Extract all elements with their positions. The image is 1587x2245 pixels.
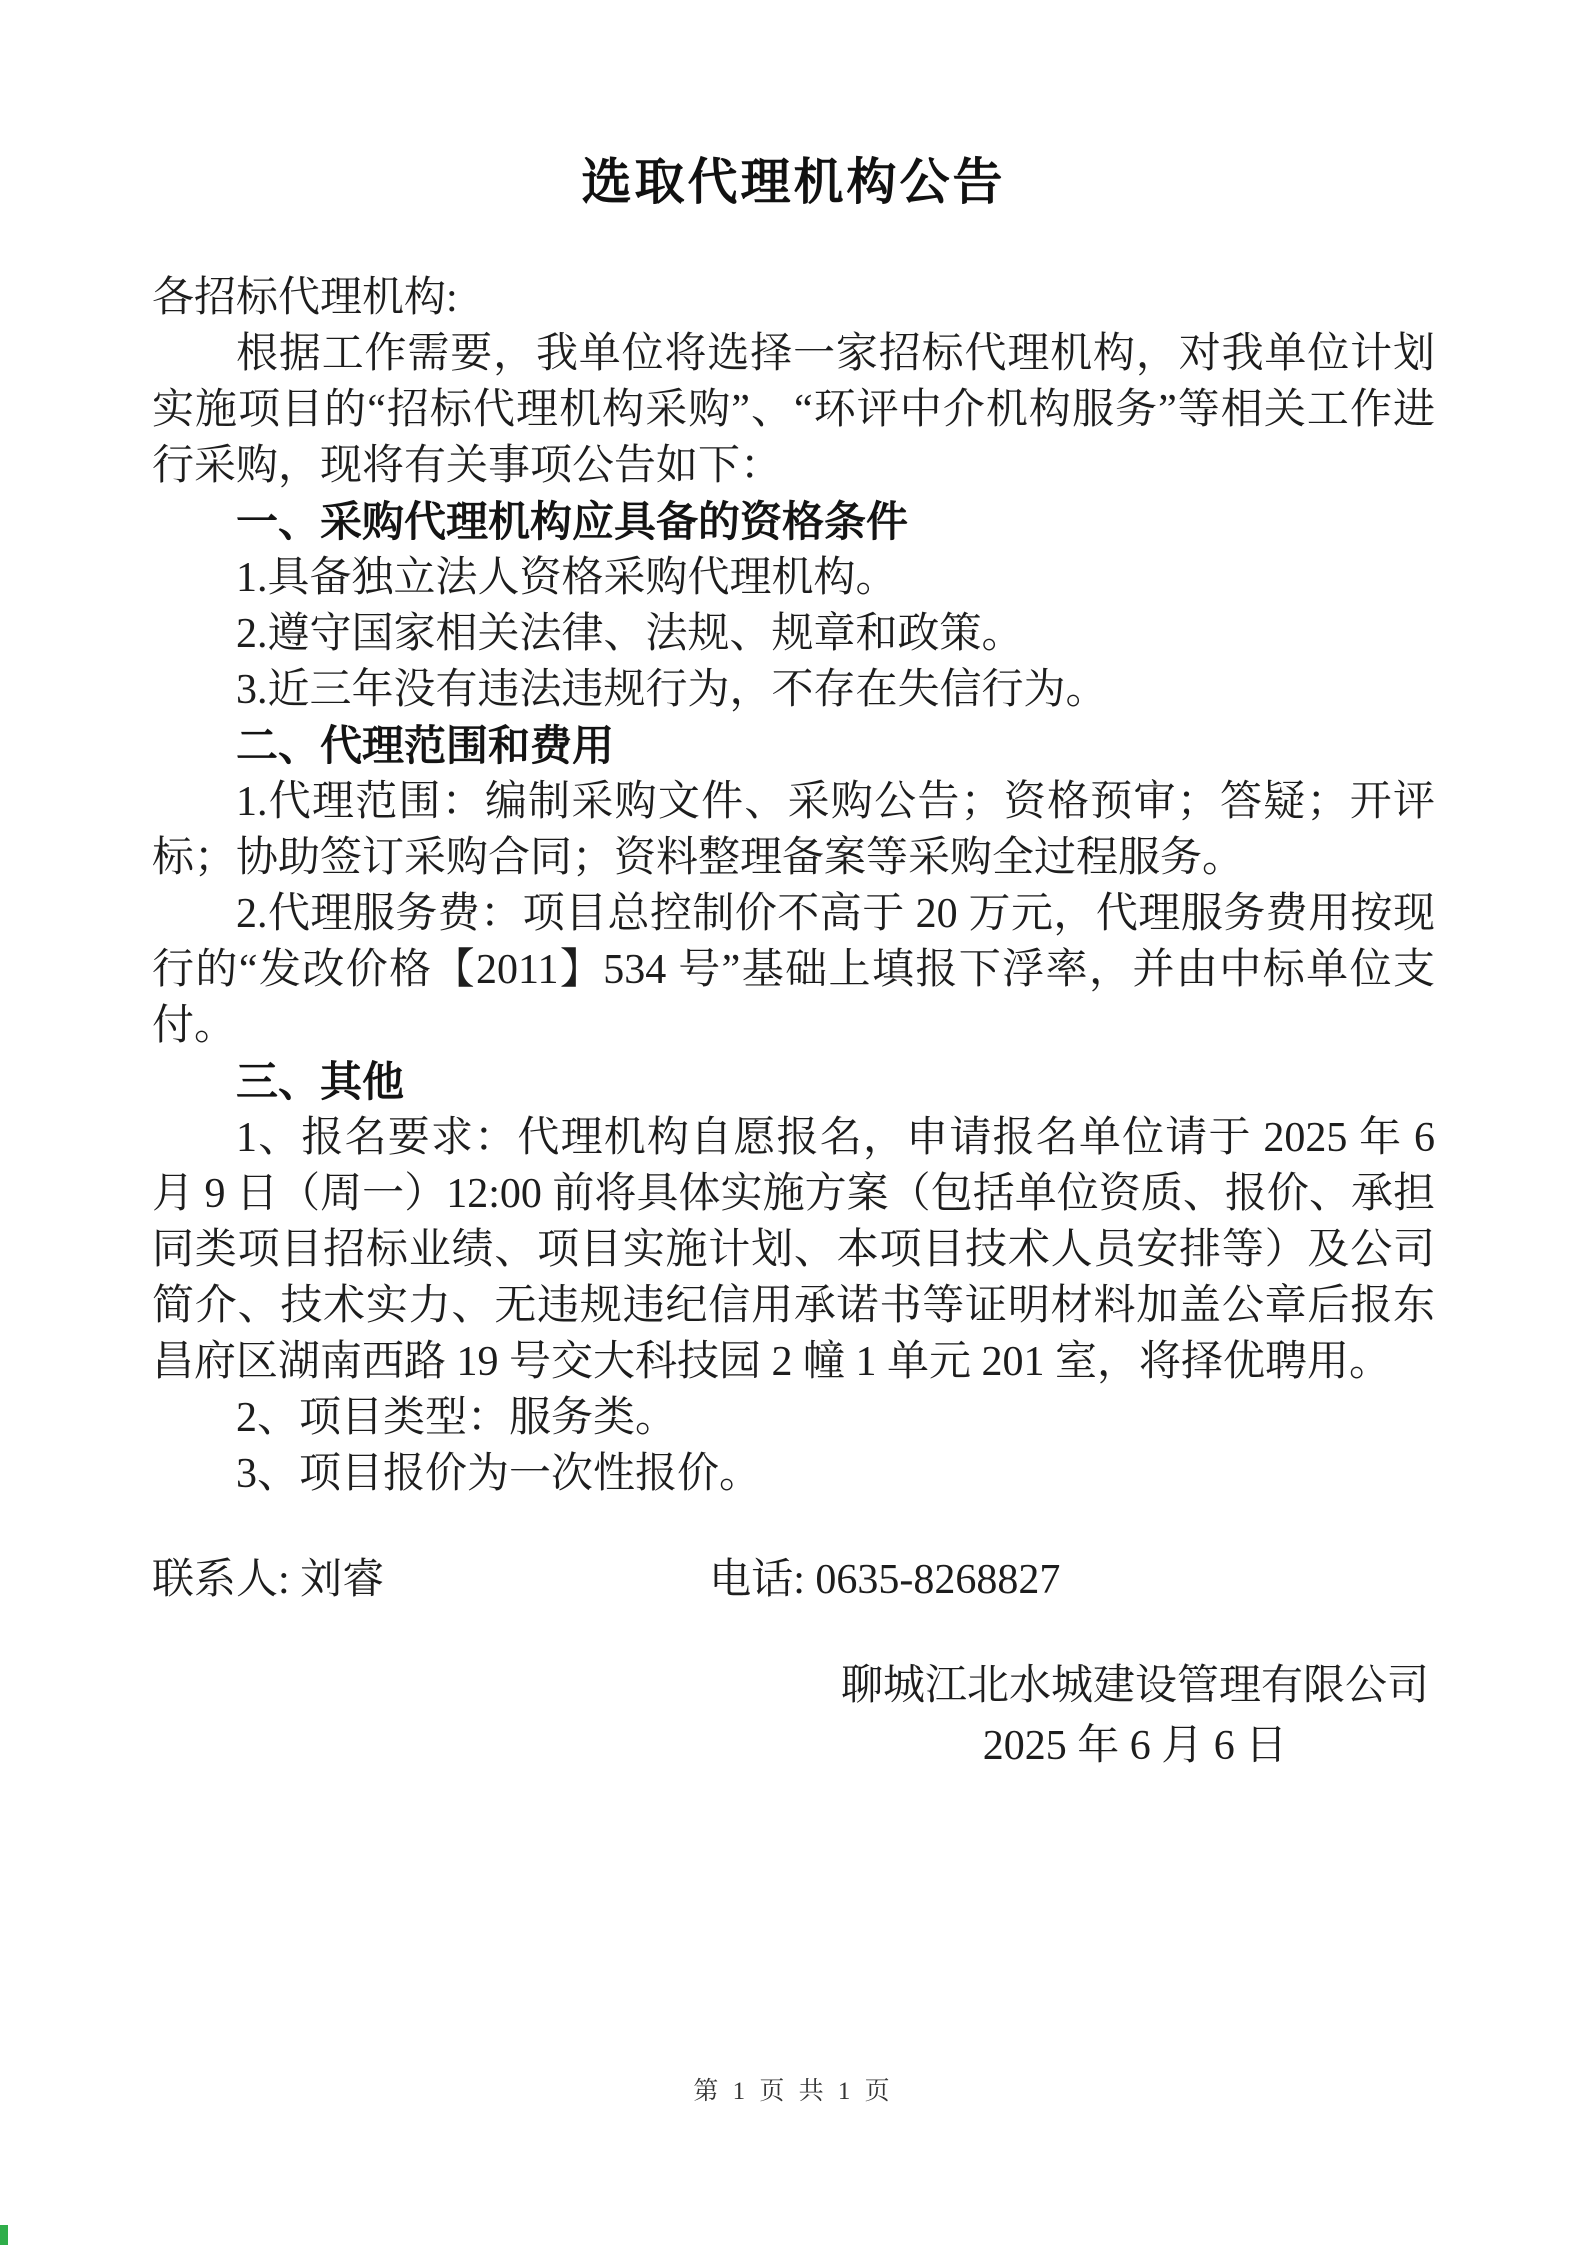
signature-company: 聊城江北水城建设管理有限公司: [841, 1656, 1429, 1716]
document-body: 各招标代理机构: 根据工作需要，我单位将选择一家招标代理机构，对我单位计划实施项…: [0, 270, 1587, 1502]
paragraph: 3.近三年没有违法违规行为，不存在失信行为。: [152, 662, 1435, 718]
section-heading: 三、其他: [152, 1054, 1435, 1110]
section-heading: 二、代理范围和费用: [152, 718, 1435, 774]
announcement-page: 选取代理机构公告 各招标代理机构: 根据工作需要，我单位将选择一家招标代理机构，…: [0, 0, 1587, 2245]
paragraph: 2、项目类型：服务类。: [152, 1390, 1435, 1446]
paragraph: 2.遵守国家相关法律、法规、规章和政策。: [152, 606, 1435, 662]
contact-phone-label: 电话:: [709, 1557, 815, 1603]
contact-phone-value: 0635-8268827: [815, 1557, 1060, 1603]
paragraph: 1.具备独立法人资格采购代理机构。: [152, 550, 1435, 606]
paragraph: 1、报名要求：代理机构自愿报名，申请报名单位请于 2025 年 6 月 9 日（…: [152, 1110, 1435, 1390]
scan-artifact: [0, 2225, 8, 2245]
signature-block: 聊城江北水城建设管理有限公司 2025 年 6 月 6 日: [841, 1656, 1429, 1776]
salutation: 各招标代理机构:: [152, 270, 1435, 326]
page-number: 第 1 页 共 1 页: [0, 2071, 1587, 2107]
contact-person-value: 刘睿: [300, 1557, 384, 1603]
contact-phone: 电话: 0635-8268827: [709, 1552, 1060, 1608]
paragraph: 2.代理服务费：项目总控制价不高于 20 万元，代理服务费用按现行的“发改价格【…: [152, 886, 1435, 1054]
contact-person: 联系人: 刘睿: [152, 1552, 384, 1608]
document-title: 选取代理机构公告: [0, 0, 1587, 214]
contact-person-label: 联系人:: [152, 1557, 300, 1603]
paragraph: 3、项目报价为一次性报价。: [152, 1446, 1435, 1502]
section-heading: 一、采购代理机构应具备的资格条件: [152, 494, 1435, 550]
signature-date: 2025 年 6 月 6 日: [841, 1716, 1429, 1776]
contact-row: 联系人: 刘睿 电话: 0635-8268827: [0, 1552, 1587, 1608]
paragraph: 根据工作需要，我单位将选择一家招标代理机构，对我单位计划实施项目的“招标代理机构…: [152, 326, 1435, 494]
paragraph: 1.代理范围：编制采购文件、采购公告；资格预审；答疑；开评标；协助签订采购合同；…: [152, 774, 1435, 886]
